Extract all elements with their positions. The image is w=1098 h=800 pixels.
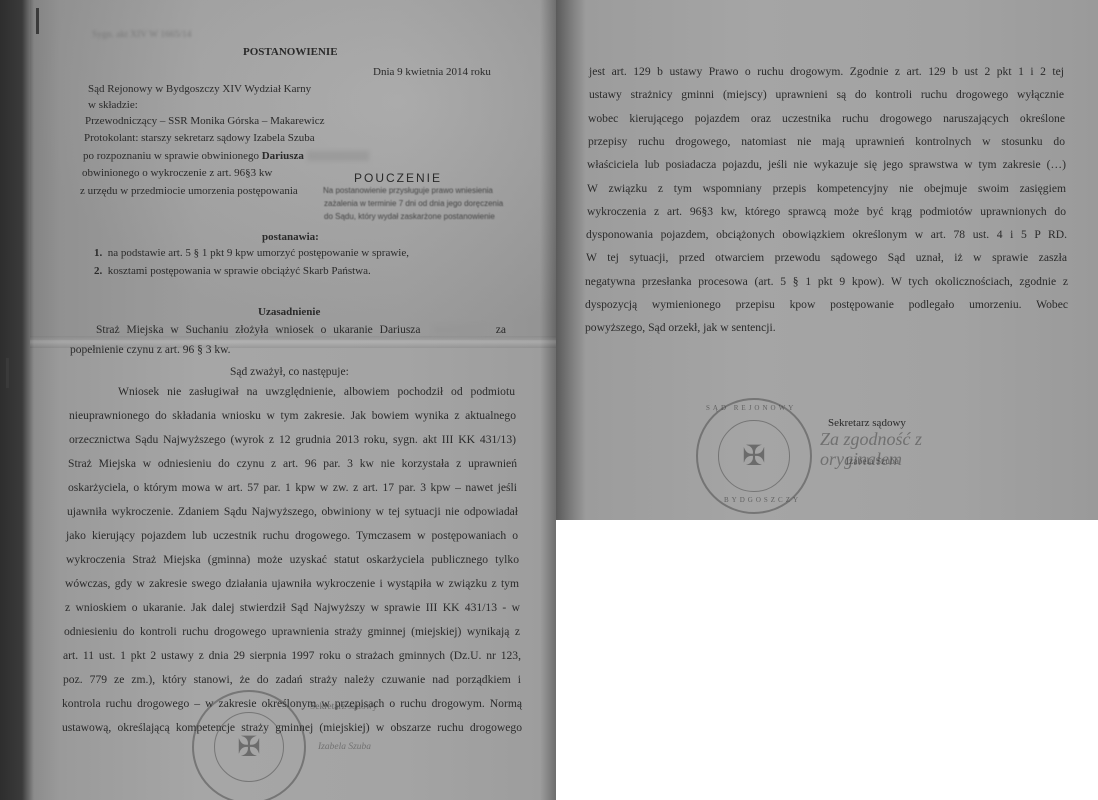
body-line: Wniosek nie zasługiwał na uwzględnienie,… — [118, 386, 515, 398]
certification-stamp: Za zgodność z oryginałem — [820, 430, 980, 470]
body-line: wykroczenia z art. 96§3 kw, którego spra… — [587, 206, 1066, 218]
presiding-judge: Przewodniczący – SSR Monika Górska – Mak… — [85, 116, 325, 127]
body-line: oskarżyciela, o którym mowa w art. 57 pa… — [68, 482, 517, 494]
ruling-item-text: kosztami postępowania w sprawie obciążyć… — [108, 265, 371, 277]
considered-heading: Sąd zważył, co następuje: — [230, 367, 349, 379]
composition-label: w składzie: — [88, 100, 138, 111]
justification-heading: Uzasadnienie — [258, 307, 320, 318]
body-line: dysponowania pojazdem, obciążonych obowi… — [586, 229, 1067, 241]
ruling-item-number: 1. — [94, 247, 102, 259]
case-reference: Sygn. akt XIV W 1665/14 — [92, 31, 192, 41]
justification-intro-text: za — [496, 325, 506, 337]
case-line: po rozpoznaniu w sprawie obwinionego Dar… — [83, 151, 369, 162]
body-line: orzecznictwa Sądu Najwyższego (wyrok z 1… — [69, 434, 516, 446]
body-line: art. 11 ust. 1 pkt 2 ustawy z dnia 29 si… — [63, 650, 521, 662]
ex-officio-line: z urzędu w przedmiocie umorzenia postępo… — [80, 186, 298, 197]
body-line: ujawniła wykroczenie. Zdaniem Sądu Najwy… — [67, 506, 518, 518]
ruling-heading: postanawia: — [262, 232, 319, 243]
binder-mark — [36, 8, 39, 34]
body-line: poz. 779 ze zm.), który stanowi, że do z… — [63, 674, 521, 686]
left-document-photo: Sygn. akt XIV W 1665/14 POSTANOWIENIE Dn… — [0, 0, 556, 800]
court-stamp-inner: ✠ — [718, 420, 789, 491]
body-line: wykroczenia Straż Miejska (gminna) może … — [66, 554, 519, 566]
justification-intro-text: Straż Miejska w Suchaniu złożyła wniosek… — [96, 325, 421, 337]
body-line: dyspozycją wymienionego przepisu kpow po… — [585, 299, 1068, 311]
case-line-prefix: po rozpoznaniu w sprawie obwinionego — [83, 150, 259, 162]
body-line: wobec kierującego pojazdem oraz uczestni… — [588, 113, 1065, 125]
body-line: jako kierujący pojazdem lub uczestnik ru… — [66, 530, 518, 542]
signature-label: Sekretarz sądowy — [828, 418, 906, 429]
signature-name: Izabela Szuba — [318, 743, 371, 753]
justification-intro-cont: popełnienie czynu z art. 96 § 3 kw. — [70, 345, 231, 357]
document-date: Dnia 9 kwietnia 2014 roku — [373, 67, 491, 78]
court-name: Sąd Rejonowy w Bydgoszczy XIV Wydział Ka… — [88, 84, 311, 95]
body-line: W związku z tym wspomniany przepis kompe… — [587, 183, 1066, 195]
redacted-surname — [307, 151, 369, 161]
body-line: powyższego, Sąd orzekł, jak w sentencji. — [585, 322, 776, 334]
body-line: wówczas, gdy w zakresie swego działania … — [65, 578, 519, 590]
stamp-text-bottom: BYDGOSZCZY — [724, 497, 801, 504]
court-stamp: ✠ — [192, 690, 306, 800]
body-line: kontrola ruchu drogowego – w zakresie ok… — [62, 698, 522, 710]
right-document-photo: jest art. 129 b ustawy Prawo o ruchu dro… — [556, 0, 1098, 520]
redacted-surname — [433, 325, 483, 335]
body-line: negatywna przesłanka procesowa (art. 5 §… — [585, 276, 1068, 288]
instruction-line: zażalenia w terminie 7 dni od dnia jego … — [324, 200, 503, 208]
ruling-item: 2. kosztami postępowania w sprawie obcią… — [94, 266, 371, 277]
stamp-text-top: SĄD REJONOWY — [706, 405, 796, 412]
body-line: ustawy strażnicy gminni (miejscy) uprawn… — [589, 89, 1064, 101]
body-line: z wnioskiem o ukaranie. Jak dalej stwier… — [65, 602, 520, 614]
body-line: Straż Miejska w odniesieniu do czynu z a… — [68, 458, 517, 470]
signature-name: Izabela Szuba — [846, 458, 899, 468]
eagle-emblem-icon: ✠ — [742, 439, 765, 473]
instruction-line: Na postanowienie przysługuje prawo wnies… — [323, 187, 493, 195]
body-line: jest art. 129 b ustawy Prawo o ruchu dro… — [589, 66, 1064, 78]
document-title: POSTANOWIENIE — [243, 47, 338, 58]
ruling-item: 1. na podstawie art. 5 § 1 pkt 9 kpw umo… — [94, 248, 409, 259]
body-line: nieuprawnionego do składania wniosku w t… — [69, 410, 516, 422]
binder-mark — [6, 358, 9, 388]
instruction-title: POUCZENIE — [354, 172, 442, 184]
eagle-emblem-icon: ✠ — [237, 730, 260, 764]
ruling-item-text: na podstawie art. 5 § 1 pkt 9 kpw umorzy… — [108, 247, 409, 259]
court-stamp-inner: ✠ — [214, 712, 284, 782]
body-line: odniesieniu do kontroli ruchu drogowego … — [64, 626, 520, 638]
accused-name: Dariusza — [262, 150, 304, 162]
court-clerk: Protokolant: starszy sekretarz sądowy Iz… — [84, 133, 315, 144]
body-line: właściciela lub posiadacza pojazdu, jeśl… — [587, 159, 1066, 171]
signature-label: Sekretarz sądowy — [310, 703, 377, 713]
body-line: przepisy ruchu drogowego, natomiast nie … — [588, 136, 1065, 148]
body-line: W tej sytuacji, przed otwarciem przewodu… — [586, 252, 1067, 264]
ruling-item-number: 2. — [94, 265, 102, 277]
instruction-line: do Sądu, który wydał zaskarżone postanow… — [324, 213, 495, 221]
justification-intro: Straż Miejska w Suchaniu złożyła wniosek… — [96, 325, 506, 337]
charge-line: obwinionego o wykroczenie z art. 96§3 kw — [82, 168, 272, 179]
